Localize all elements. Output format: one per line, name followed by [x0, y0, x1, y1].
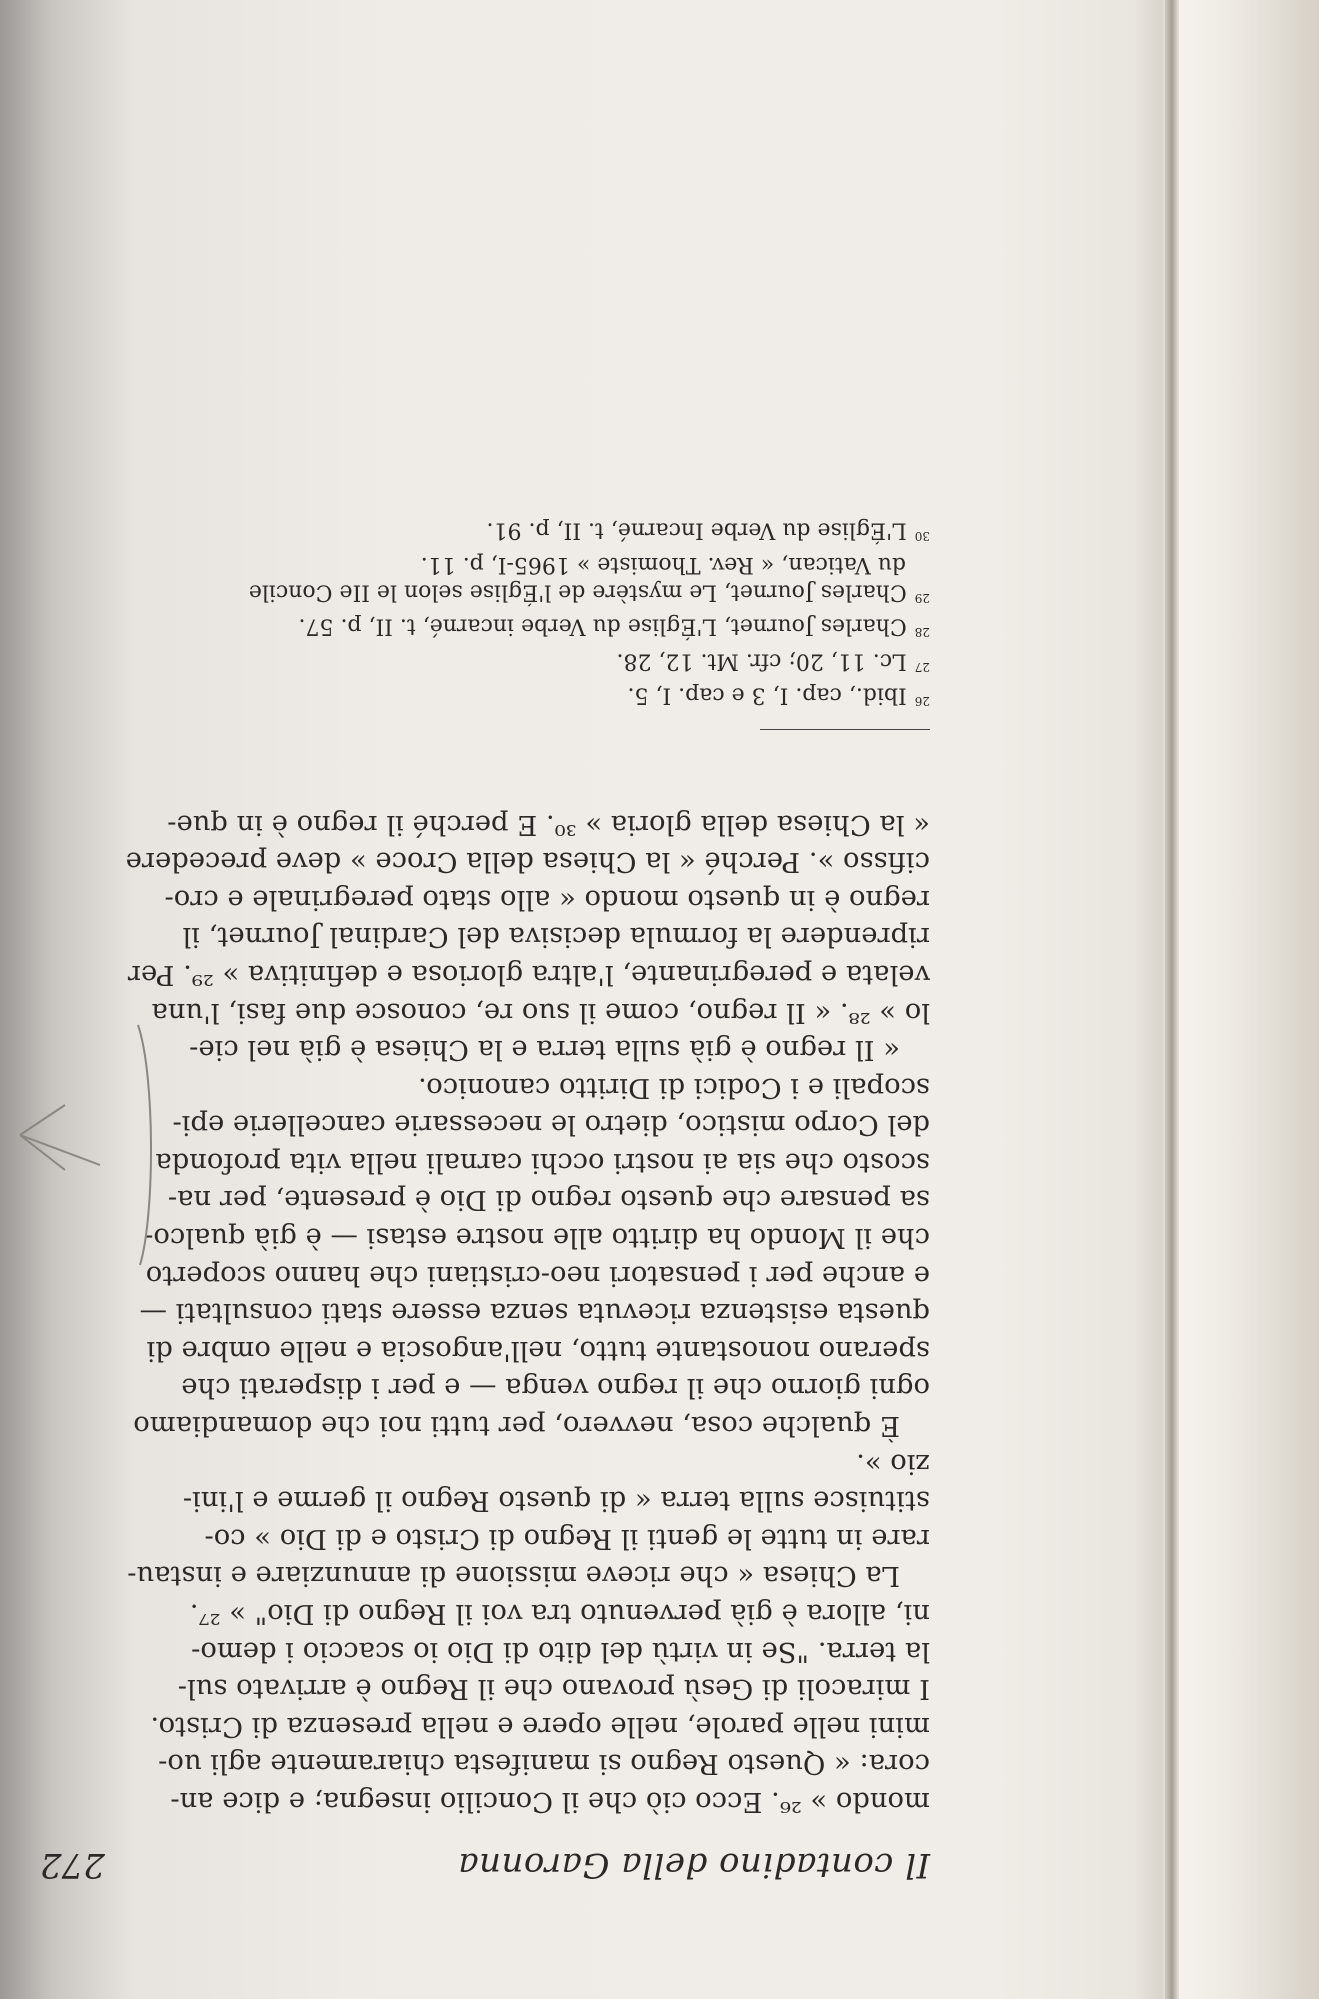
text-line: scopali e i Codici di Diritto canonico.: [30, 1068, 930, 1106]
text-line: zio ».: [30, 1444, 930, 1482]
text-line: cifisso ». Perché « la Chiesa della Croc…: [30, 843, 930, 881]
running-head-title: Il contadino della Garonna: [458, 1845, 930, 1885]
text-line: « la Chiesa della gloria » ³⁰. E perché …: [30, 805, 930, 843]
running-header: Il contadino della Garonna 272: [40, 1835, 930, 1895]
footnote: 26Ibid., cap. I, 3 e cap. I, 5.: [30, 681, 930, 715]
text-line: lo » ²⁸. « Il regno, come il suo re, con…: [30, 993, 930, 1031]
text-line: rare in tutte le genti il Regno di Crist…: [30, 1519, 930, 1557]
text-line: stituisce sulla terra « di questo Regno …: [30, 1482, 930, 1520]
page-number: 272: [40, 1845, 105, 1885]
text-line: riprendere la formula decisiva del Cardi…: [30, 918, 930, 956]
text-line: ni, allora è già pervenuto tra voi il Re…: [30, 1594, 930, 1632]
footnote: 29Charles Journet, Le mystère de l'Églis…: [30, 578, 930, 612]
text-line: mondo » ²⁶. Ecco ciò che il Concilio ins…: [30, 1782, 930, 1820]
text-line: mini nelle parole, nelle opere e nella p…: [30, 1707, 930, 1745]
text-line: scosto che sia ai nostri occhi carnali n…: [30, 1143, 930, 1181]
text-line: che il Mondo ha diritto alle nostre esta…: [30, 1219, 930, 1257]
text-line: regno è in questo mondo « allo stato per…: [30, 880, 930, 918]
footnote-continuation: du Vatican, « Rev. Thomiste » 1965-I, p.…: [30, 550, 930, 578]
text-line: « Il regno è già sulla terra e la Chiesa…: [30, 1031, 930, 1069]
book-page: Il contadino della Garonna 272 mondo » ²…: [40, 95, 930, 1895]
text-line: È qualche cosa, nevvero, per tutti noi c…: [30, 1406, 930, 1444]
text-line: del Corpo mistico, dietro le necessarie …: [30, 1106, 930, 1144]
footnote: 30L'Église du Verbe Incarné, t. II, p. 9…: [30, 515, 930, 549]
text-line: e anche per i pensatori neo-cristiani ch…: [30, 1256, 930, 1294]
text-line: I miracoli di Gesù provano che il Regno …: [30, 1670, 930, 1708]
text-line: sperano nonostante tutto, nell'angoscia …: [30, 1331, 930, 1369]
footnote: 27Lc. 11, 20; cfr. Mt. 12, 28.: [30, 646, 930, 680]
body-text: mondo » ²⁶. Ecco ciò che il Concilio ins…: [30, 805, 930, 1820]
text-line: velata e peregrinante, l'altra gloriosa …: [30, 955, 930, 993]
text-line: la terra. "Se in virtù del dito di Dio i…: [30, 1632, 930, 1670]
text-line: sa pensare che questo regno di Dio è pre…: [30, 1181, 930, 1219]
page-edge: [1165, 0, 1179, 1999]
text-line: cora: « Questo Regno si manifesta chiara…: [30, 1745, 930, 1783]
text-line: La Chiesa « che riceve missione di annun…: [30, 1557, 930, 1595]
footnote: 28Charles Journet, L'Église du Verbe inc…: [30, 612, 930, 646]
footnotes: 26Ibid., cap. I, 3 e cap. I, 5. 27Lc. 11…: [30, 515, 930, 715]
footnote-rule: [760, 729, 930, 730]
text-line: questa esistenza ricevuta senza essere s…: [30, 1294, 930, 1332]
text-line: ogni giorno che il regno venga — e per i…: [30, 1369, 930, 1407]
pencil-bracket-arrow-icon: [10, 1015, 160, 1275]
